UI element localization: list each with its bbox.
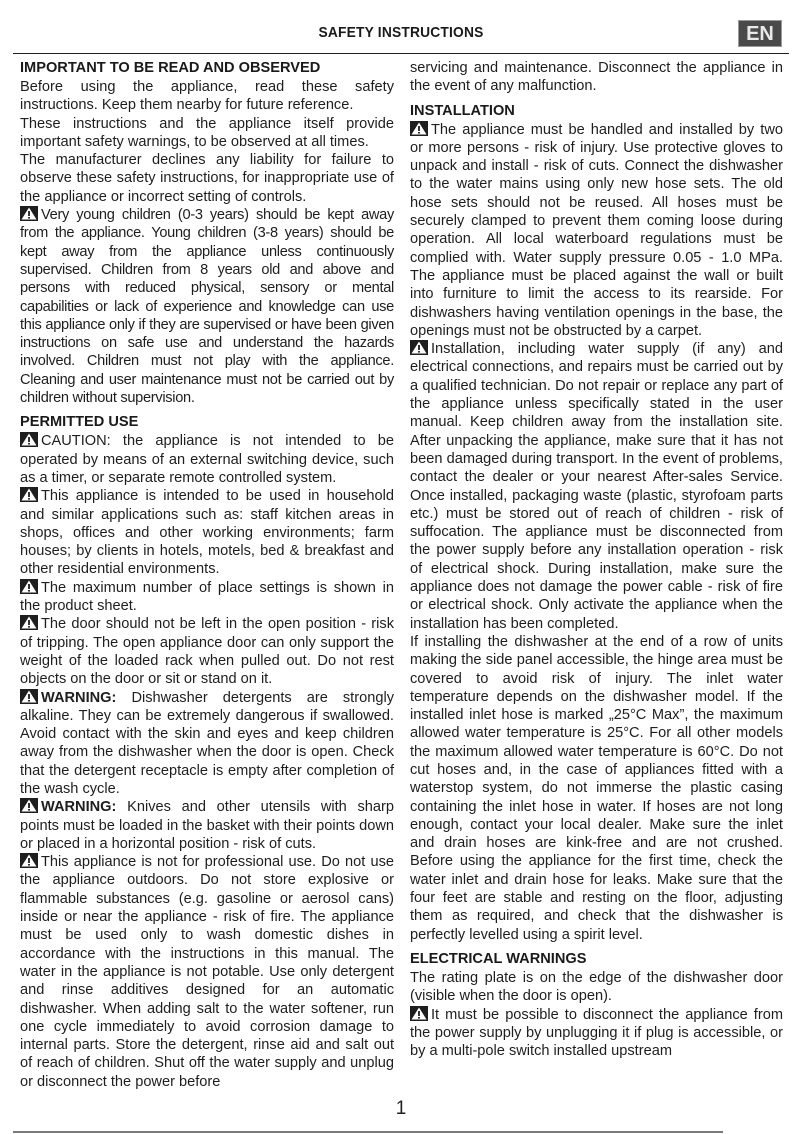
warning-triangle-icon — [20, 579, 38, 594]
warning-label: WARNING: — [41, 690, 116, 706]
paragraph-text: The appliance must be handled and instal… — [410, 122, 783, 339]
footer-divider — [13, 1131, 723, 1133]
paragraph-text: This appliance is intended to be used in… — [20, 488, 394, 577]
paragraph: If installing the dishwasher at the end … — [410, 633, 783, 944]
language-badge: EN — [738, 20, 782, 47]
warning-paragraph: It must be possible to disconnect the ap… — [410, 1006, 783, 1061]
warning-triangle-icon — [410, 340, 428, 355]
warning-paragraph: The maximum number of place settings is … — [20, 579, 394, 616]
paragraph: The rating plate is on the edge of the d… — [410, 969, 783, 1006]
paragraph: The manufacturer declines any liability … — [20, 151, 394, 206]
left-column: IMPORTANT TO BE READ AND OBSERVED Before… — [20, 59, 394, 1091]
warning-label: WARNING: — [41, 799, 116, 815]
warning-triangle-icon — [410, 1006, 428, 1021]
warning-triangle-icon — [20, 853, 38, 868]
header-divider — [13, 53, 789, 54]
warning-paragraph: The appliance must be handled and instal… — [410, 121, 783, 341]
warning-triangle-icon — [20, 432, 38, 447]
warning-paragraph: Very young children (0-3 years) should b… — [20, 206, 394, 407]
paragraph-text: The door should not be left in the open … — [20, 616, 394, 687]
paragraph-text: The maximum number of place settings is … — [20, 580, 394, 614]
warning-paragraph: WARNING: Knives and other utensils with … — [20, 798, 394, 853]
warning-triangle-icon — [20, 689, 38, 704]
section-heading-electrical-warnings: ELECTRICAL WARNINGS — [410, 950, 783, 969]
paragraph-text: It must be possible to disconnect the ap… — [410, 1007, 783, 1060]
warning-paragraph: The door should not be left in the open … — [20, 615, 394, 688]
warning-triangle-icon — [20, 206, 38, 221]
paragraph-text: CAUTION: the appliance is not intended t… — [20, 433, 394, 486]
paragraph-text: Very young children (0-3 years) should b… — [20, 207, 394, 406]
page-title: SAFETY INSTRUCTIONS — [32, 24, 770, 41]
warning-triangle-icon — [410, 121, 428, 136]
paragraph: Before using the appliance, read these s… — [20, 78, 394, 115]
section-heading-important: IMPORTANT TO BE READ AND OBSERVED — [20, 59, 394, 78]
continuation-paragraph: servicing and maintenance. Disconnect th… — [410, 59, 783, 96]
section-heading-installation: INSTALLATION — [410, 102, 783, 121]
warning-triangle-icon — [20, 798, 38, 813]
warning-paragraph: WARNING: Dishwasher detergents are stron… — [20, 689, 394, 799]
warning-triangle-icon — [20, 615, 38, 630]
section-heading-permitted-use: PERMITTED USE — [20, 413, 394, 432]
paragraph-text: Installation, including water supply (if… — [410, 341, 783, 631]
warning-paragraph: This appliance is intended to be used in… — [20, 487, 394, 578]
paragraph: These instructions and the appliance its… — [20, 115, 394, 152]
warning-paragraph: CAUTION: the appliance is not intended t… — [20, 432, 394, 487]
page-number: 1 — [0, 1098, 802, 1120]
warning-triangle-icon — [20, 487, 38, 502]
warning-paragraph: Installation, including water supply (if… — [410, 340, 783, 633]
warning-paragraph: This appliance is not for professional u… — [20, 853, 394, 1091]
paragraph-text: This appliance is not for professional u… — [20, 854, 394, 1090]
right-column: servicing and maintenance. Disconnect th… — [410, 59, 783, 1060]
